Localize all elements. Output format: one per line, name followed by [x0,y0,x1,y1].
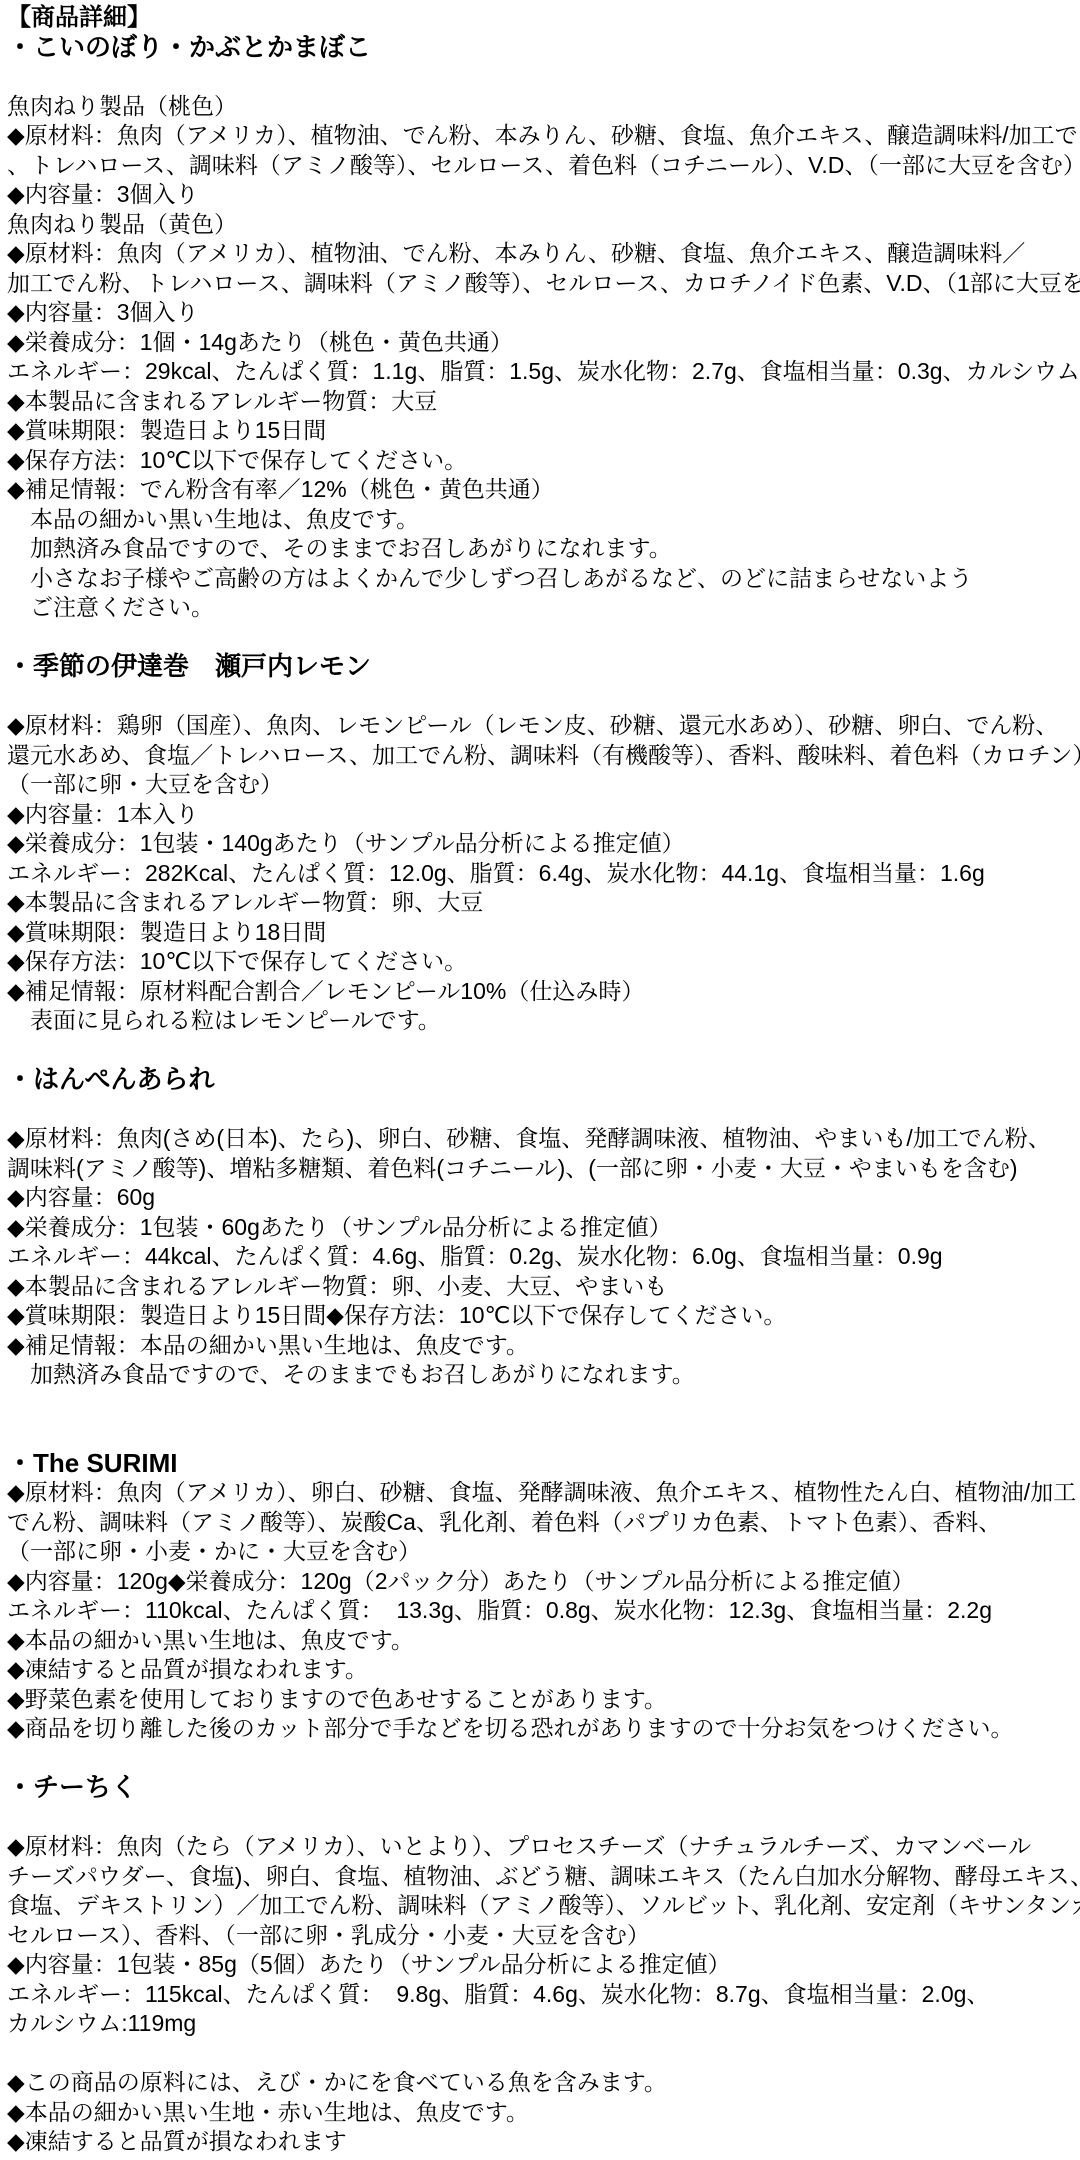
doc-line: ◆商品を切り離した後のカット部分で手などを切る恐れがありますので十分お気をつけく… [7,1714,1080,1744]
blank-line [7,62,1080,92]
doc-line: ◆原材料：魚肉（アメリカ）、卵白、砂糖、食塩、発酵調味液、魚介エキス、植物性たん… [7,1478,1080,1508]
blank-line [7,2039,1080,2069]
doc-line: 調味料(アミノ酸等)、増粘多糖類、着色料(コチニール)、(一部に卵・小麦・大豆・… [7,1154,1080,1184]
doc-line: ◆内容量：3個入り [7,180,1080,210]
doc-line: ◆内容量：1本入り [7,800,1080,830]
doc-line: ◆補足情報：でん粉含有率／12%（桃色・黄色共通） [7,475,1080,505]
doc-line: ◆栄養成分：1個・14gあたり（桃色・黄色共通） [7,328,1080,358]
doc-line: ◆原材料：魚肉(さめ(日本)、たら)、卵白、砂糖、食塩、発酵調味液、植物油、やま… [7,1124,1080,1154]
doc-line: ◆本品の細かい黒い生地は、魚皮です。 [7,1626,1080,1656]
doc-line: 、トレハロース、調味料（アミノ酸等）、セルロース、着色料（コチニール）、V.D、… [7,151,1080,181]
doc-line: ◆補足情報：本品の細かい黒い生地は、魚皮です。 [7,1331,1080,1361]
doc-line: エネルギー：115kcal、たんぱく質： 9.8g、脂質：4.6g、炭水化物：8… [7,1980,1080,2010]
blank-line [7,682,1080,712]
doc-line: ◆本品の細かい黒い生地・赤い生地は、魚皮です。 [7,2098,1080,2128]
blank-line [7,1390,1080,1420]
doc-line: 魚肉ねり製品（桃色） [7,92,1080,122]
doc-line: ◆保存方法：10℃以下で保存してください。 [7,446,1080,476]
doc-line: ◆この商品の原料には、えび・かにを食べている魚を含みます。 [7,2068,1080,2098]
doc-line: ◆賞味期限：製造日より15日間◆保存方法：10℃以下で保存してください。 [7,1301,1080,1331]
doc-line: 魚肉ねり製品（黄色） [7,210,1080,240]
doc-line: （一部に卵・小麦・かに・大豆を含む） [7,1537,1080,1567]
doc-line: 加工でん粉、トレハロース、調味料（アミノ酸等）、セルロース、カロチノイド色素、V… [7,269,1080,299]
doc-line: ◆栄養成分：1包装・140gあたり（サンプル品分析による推定値） [7,829,1080,859]
doc-line: 本品の細かい黒い生地は、魚皮です。 [7,505,1080,535]
doc-line: エネルギー：282Kcal、たんぱく質：12.0g、脂質：6.4g、炭水化物：4… [7,859,1080,889]
doc-line: カルシウム:119mg [7,2009,1080,2039]
doc-line: ◆原材料：鶏卵（国産）、魚肉、レモンピール（レモン皮、砂糖、還元水あめ）、砂糖、… [7,711,1080,741]
doc-line: ◆内容量：1包装・85g（5個）あたり（サンプル品分析による推定値） [7,1950,1080,1980]
doc-line: ◆野菜色素を使用しておりますので色あせすることがあります。 [7,1685,1080,1715]
doc-line: 小さなお子様やご高齢の方はよくかんで少しずつ召しあがるなど、のどに詰まらせないよ… [7,564,1080,594]
product-detail-document: 【商品詳細】 ・こいのぼり・かぶとかまぼこ 魚肉ねり製品（桃色） ◆原材料：魚肉… [0,0,1080,2157]
doc-line: ◆原材料：魚肉（アメリカ）、植物油、でん粉、本みりん、砂糖、食塩、魚介エキス、醸… [7,121,1080,151]
doc-line: ◆賞味期限：製造日より15日間 [7,416,1080,446]
blank-line [7,1744,1080,1774]
doc-line: 表面に見られる粒はレモンピールです。 [7,1006,1080,1036]
doc-line: ◆凍結すると品質が損なわれます [7,2127,1080,2157]
doc-line: ◆原材料：魚肉（アメリカ）、植物油、でん粉、本みりん、砂糖、食塩、魚介エキス、醸… [7,239,1080,269]
doc-line: ◆内容量：120g◆栄養成分：120g（2パック分）あたり（サンプル品分析による… [7,1567,1080,1597]
doc-line: ◆本製品に含まれるアレルギー物質：大豆 [7,387,1080,417]
doc-line: セルロース）、香料、（一部に卵・乳成分・小麦・大豆を含む） [7,1921,1080,1951]
doc-line: 加熱済み食品ですので、そのままでもお召しあがりになれます。 [7,1360,1080,1390]
blank-line [7,1036,1080,1066]
blank-line [7,1419,1080,1449]
doc-line: ◆栄養成分：1包装・60gあたり（サンプル品分析による推定値） [7,1213,1080,1243]
blank-line [7,1095,1080,1125]
doc-line: ◆保存方法：10℃以下で保存してください。 [7,947,1080,977]
doc-line: ◆本製品に含まれるアレルギー物質：卵、小麦、大豆、やまいも [7,1272,1080,1302]
doc-line: 還元水あめ、食塩／トレハロース、加工でん粉、調味料（有機酸等）、香料、酸味料、着… [7,741,1080,771]
doc-line: ◆凍結すると品質が損なわれます。 [7,1655,1080,1685]
blank-line [7,623,1080,653]
doc-line: 加熱済み食品ですので、そのままでお召しあがりになれます。 [7,534,1080,564]
product-title-chi-chiku: ・チーちく [7,1773,1080,1803]
blank-line [7,1803,1080,1833]
doc-line: エネルギー：110kcal、たんぱく質： 13.3g、脂質：0.8g、炭水化物：… [7,1596,1080,1626]
doc-line: チーズパウダー、食塩)、卵白、食塩、植物油、ぶどう糖、調味エキス（たん白加水分解… [7,1862,1080,1892]
doc-line: エネルギー：44kcal、たんぱく質：4.6g、脂質：0.2g、炭水化物：6.0… [7,1242,1080,1272]
product-title-koinobori-kabuto-kamaboko: ・こいのぼり・かぶとかまぼこ [7,33,1080,63]
doc-line: ◆補足情報：原材料配合割合／レモンピール10%（仕込み時） [7,977,1080,1007]
doc-line: ◆賞味期限：製造日より18日間 [7,918,1080,948]
product-title-the-surimi: ・The SURIMI [7,1449,1080,1479]
doc-line: ◆本製品に含まれるアレルギー物質：卵、大豆 [7,888,1080,918]
product-title-hanpen-arare: ・はんぺんあられ [7,1065,1080,1095]
doc-line: 食塩、デキストリン）／加工でん粉、調味料（アミノ酸等）、ソルビット、乳化剤、安定… [7,1891,1080,1921]
doc-line: エネルギー：29kcal、たんぱく質：1.1g、脂質：1.5g、炭水化物：2.7… [7,357,1080,387]
doc-line: ご注意ください。 [7,593,1080,623]
doc-line: ◆原材料：魚肉（たら（アメリカ）、いとより）、プロセスチーズ（ナチュラルチーズ、… [7,1832,1080,1862]
doc-line: でん粉、調味料（アミノ酸等）、炭酸Ca、乳化剤、着色料（パプリカ色素、トマト色素… [7,1508,1080,1538]
product-title-datemaki-lemon: ・季節の伊達巻 瀬戸内レモン [7,652,1080,682]
doc-line: ◆内容量：3個入り [7,298,1080,328]
doc-header: 【商品詳細】 [7,3,1080,33]
doc-line: （一部に卵・大豆を含む） [7,770,1080,800]
doc-line: ◆内容量：60g [7,1183,1080,1213]
